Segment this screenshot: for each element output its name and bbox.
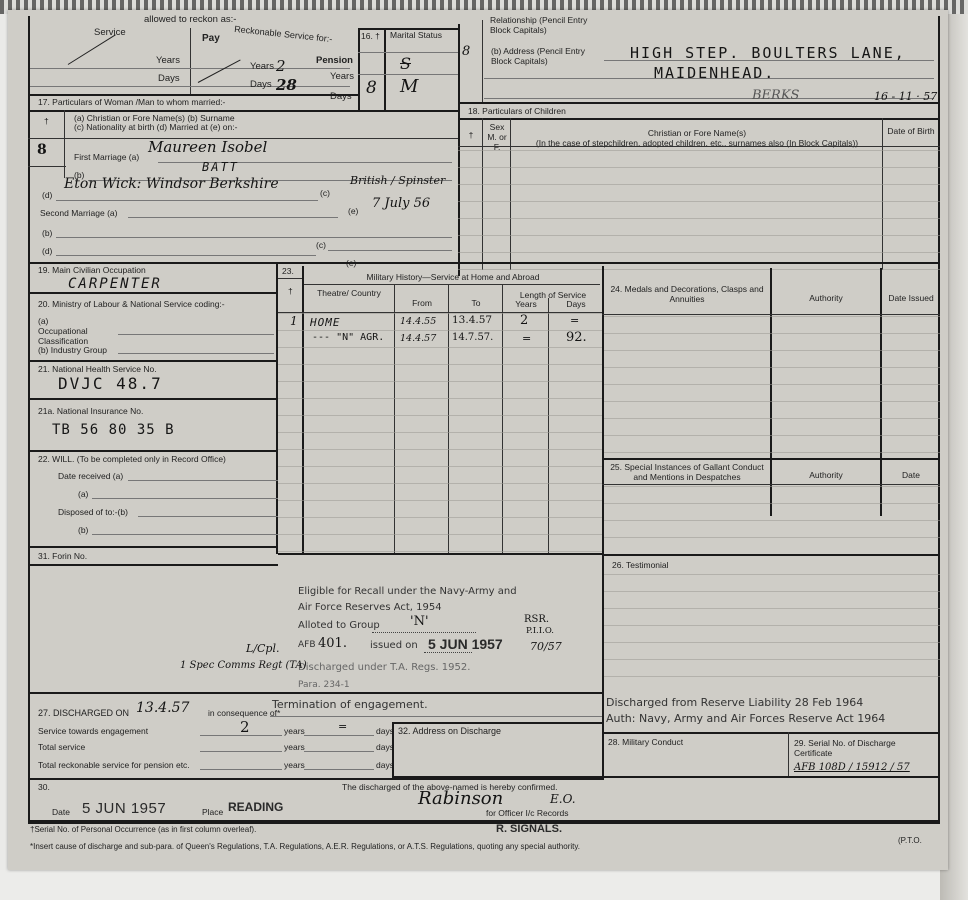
pension-label: Pension <box>316 56 353 66</box>
signature-suffix: E.O. <box>550 792 576 806</box>
col-to: To <box>450 298 502 308</box>
years-label-1: years <box>284 726 305 736</box>
service-towards-days: = <box>338 720 347 733</box>
date-label: Date <box>52 807 70 817</box>
first-marriage-name: Maureen Isobel <box>148 138 267 156</box>
medals-rows <box>604 316 940 456</box>
will-disposed-label: Disposed of to:-(b) <box>58 507 128 517</box>
ni-number-value: TB 56 80 35 B <box>52 422 175 438</box>
field18-label: 18. Particulars of Children <box>468 106 566 116</box>
field17-label: 17. Particulars of Woman /Man to whom ma… <box>38 97 225 107</box>
total-service-label: Total service <box>38 742 85 752</box>
recall-line1: Eligible for Recall under the Navy-Army … <box>298 586 517 597</box>
gallant-date-label: Date <box>882 470 940 480</box>
second-c-label: (c) <box>316 240 326 250</box>
marital-status-label: Marital Status <box>390 30 442 40</box>
mh-row1-years: 2 <box>520 313 528 328</box>
address-line3: BERKS <box>752 88 799 103</box>
nhs-number-value: DVJC 48.7 <box>58 374 163 393</box>
discharge-date: 13.4.57 <box>136 700 189 716</box>
medals-date-label: Date Issued <box>882 293 940 303</box>
field22-label: 22. WILL. (To be completed only in Recor… <box>38 454 226 464</box>
years-label-2: years <box>284 742 305 752</box>
pension-years-value: 2 <box>276 57 286 75</box>
first-marriage-nationality: British / Spinster <box>350 174 445 187</box>
pay-label: Pay <box>202 34 220 44</box>
will-date-received-label: Date received (a) <box>58 471 123 481</box>
col-from: From <box>396 298 448 308</box>
second-d-label: (d) <box>42 246 52 256</box>
field26-label: 26. Testimonial <box>612 560 669 570</box>
annotation-rsr: RSR. <box>524 614 549 625</box>
issued-label: issued on <box>370 640 418 651</box>
first-e-label: (e) <box>348 206 358 216</box>
field30-label: 30. <box>38 782 50 792</box>
address-label: (b) Address (Pencil Entry Block Capitals… <box>491 46 591 66</box>
recall-group-label: Alloted to Group <box>298 620 380 631</box>
field20-label: 20. Ministry of Labour & National Servic… <box>38 299 225 309</box>
field23-dagger: † <box>288 286 293 296</box>
col-theatre: Theatre/ Country <box>304 288 394 298</box>
first-c-label: (c) <box>320 188 330 198</box>
annotation-ref: 70/57 <box>530 640 562 653</box>
afb-value: 401. <box>318 636 347 651</box>
address-line1: HIGH STEP. BOULTERS LANE, <box>630 44 906 62</box>
military-history-rows <box>278 313 602 553</box>
afb-label: AFB <box>298 640 316 650</box>
service-towards-years: 2 <box>240 718 250 736</box>
gallant-rows <box>604 486 940 554</box>
address-serial: 8 <box>462 44 470 59</box>
second-b-label: (b) <box>42 228 52 238</box>
field21a-label: 21a. National Insurance No. <box>38 406 143 416</box>
first-marriage-label: First Marriage (a) <box>74 152 139 162</box>
mh-row2-from: 14.4.57 <box>400 333 436 344</box>
testimonial-rows <box>604 574 940 684</box>
field24-label: 24. Medals and Decorations, Clasps and A… <box>604 284 770 304</box>
pay-years-label: Years <box>250 62 274 72</box>
first-marriage-surname: BATT <box>202 160 239 174</box>
recall-line2: Air Force Reserves Act, 1954 <box>298 602 442 613</box>
col-days: Days <box>550 299 602 309</box>
total-reckonable-label: Total reckonable service for pension etc… <box>38 760 190 770</box>
officer-label: for Officer I/c Records <box>486 808 569 818</box>
service-years-label: Years <box>156 56 180 66</box>
address-line2: MAIDENHEAD. <box>654 64 775 82</box>
annotation-unit: 1 Spec Comms Regt (TA) <box>180 660 307 671</box>
unit-stamp: R. SIGNALS. <box>496 823 562 835</box>
field27-label: 27. DISCHARGED ON <box>38 708 129 718</box>
children-col-dagger: † <box>460 130 482 140</box>
military-history-title: Military History—Service at Home and Abr… <box>304 272 602 282</box>
occupation-value: CARPENTER <box>68 276 162 292</box>
first-marriage-place: Eton Wick: Windsor Berkshire <box>64 176 279 192</box>
service-days-label: Days <box>158 74 180 84</box>
field29-label: 29. Serial No. of Discharge Certificate <box>794 738 924 758</box>
years-label-3: years <box>284 760 305 770</box>
officer-signature: Rabinson <box>418 788 503 809</box>
mh-row1-to: 13.4.57 <box>452 314 492 326</box>
service-towards-label: Service towards engagement <box>38 726 148 736</box>
pension-days-value: 28 <box>276 76 297 94</box>
dagger-footnote: †Serial No. of Personal Occurrence (as i… <box>30 825 256 835</box>
field19-label: 19. Main Civilian Occupation <box>38 265 146 275</box>
mh-row1-theatre: HOME <box>310 316 341 329</box>
pto-label: (P.T.O. <box>898 836 922 846</box>
pension-years-label: Years <box>330 72 354 82</box>
children-col-dob: Date of Birth <box>884 126 938 136</box>
field17-dagger: † <box>44 116 49 126</box>
children-col-name: Christian or Fore Name(s) (In the case o… <box>512 128 882 148</box>
reserve-line2: Auth: Navy, Army and Air Forces Reserve … <box>606 712 885 725</box>
consequence-value: Termination of engagement. <box>272 698 428 711</box>
recall-group-value: 'N' <box>410 614 429 629</box>
pay-days-label: Days <box>250 80 272 90</box>
field28-label: 28. Military Conduct <box>608 737 683 747</box>
marriage-serial: 8 <box>37 142 47 158</box>
mh-row1-serial: 1 <box>290 314 298 328</box>
will-b-label: (b) <box>78 525 88 535</box>
table-surface <box>0 870 968 900</box>
field25-label: 25. Special Instances of Gallant Conduct… <box>604 462 770 482</box>
first-marriage-date: 7 July 56 <box>372 196 430 211</box>
field21-label: 21. National Health Service No. <box>38 364 157 374</box>
mh-row1-from: 14.4.55 <box>400 316 436 327</box>
mh-row2-days: 92. <box>566 330 587 345</box>
second-marriage-label: Second Marriage (a) <box>40 208 117 218</box>
allowed-reckon-heading: allowed to reckon as:- <box>144 15 236 25</box>
marital-status-value: M <box>400 76 418 97</box>
children-rows <box>458 150 940 270</box>
field16-number: 16. † <box>361 31 380 41</box>
mh-row2-years: = <box>522 332 531 345</box>
reserve-line1: Discharged from Reserve Liability 28 Feb… <box>606 696 863 709</box>
relationship-label: Relationship (Pencil Entry Block Capital… <box>490 15 610 35</box>
place-label: Place <box>202 807 223 817</box>
field17-legend2: (c) Nationality at birth (d) Married at … <box>74 122 237 132</box>
industry-group-label: (b) Industry Group <box>38 345 107 355</box>
first-d-label: (d) <box>42 190 52 200</box>
para-line: Para. 234-1 <box>298 680 350 690</box>
place-value: READING <box>228 800 283 814</box>
mh-row1-days: = <box>570 314 579 327</box>
gallant-authority-label: Authority <box>772 470 880 480</box>
field32-label: 32. Address on Discharge <box>398 726 501 736</box>
will-a-label: (a) <box>78 489 88 499</box>
confirmation-date: 5 JUN 1957 <box>82 800 166 817</box>
mh-row2-to: 14.7.57. <box>452 332 493 343</box>
marital-serial: 8 <box>366 78 377 98</box>
discharge-form-sheet: allowed to reckon as:- Service Pay Recko… <box>8 10 948 870</box>
field31-label: 31. Forin No. <box>38 551 87 561</box>
field23-number: 23. <box>282 266 294 276</box>
discharged-ta-line: Discharged under T.A. Regs. 1952. <box>298 662 470 673</box>
marital-status-struck: S <box>400 54 411 73</box>
discharge-certificate-serial: AFB 108D / 15912 / 57 <box>794 762 910 773</box>
occupational-classification-label: (a) Occupational Classification <box>38 316 98 346</box>
mh-row2-theatre: --- "N" AGR. <box>312 332 384 343</box>
medals-authority-label: Authority <box>772 293 880 303</box>
annotation-pi: P.I.I.O. <box>526 626 554 636</box>
star-footnote: *Insert cause of discharge and sub-para.… <box>30 842 580 852</box>
children-col-sex: Sex M. or F. <box>484 122 510 152</box>
issued-date: 5 JUN 1957 <box>428 636 503 652</box>
annotation-rank: L/Cpl. <box>246 642 279 655</box>
col-years: Years <box>504 299 548 309</box>
